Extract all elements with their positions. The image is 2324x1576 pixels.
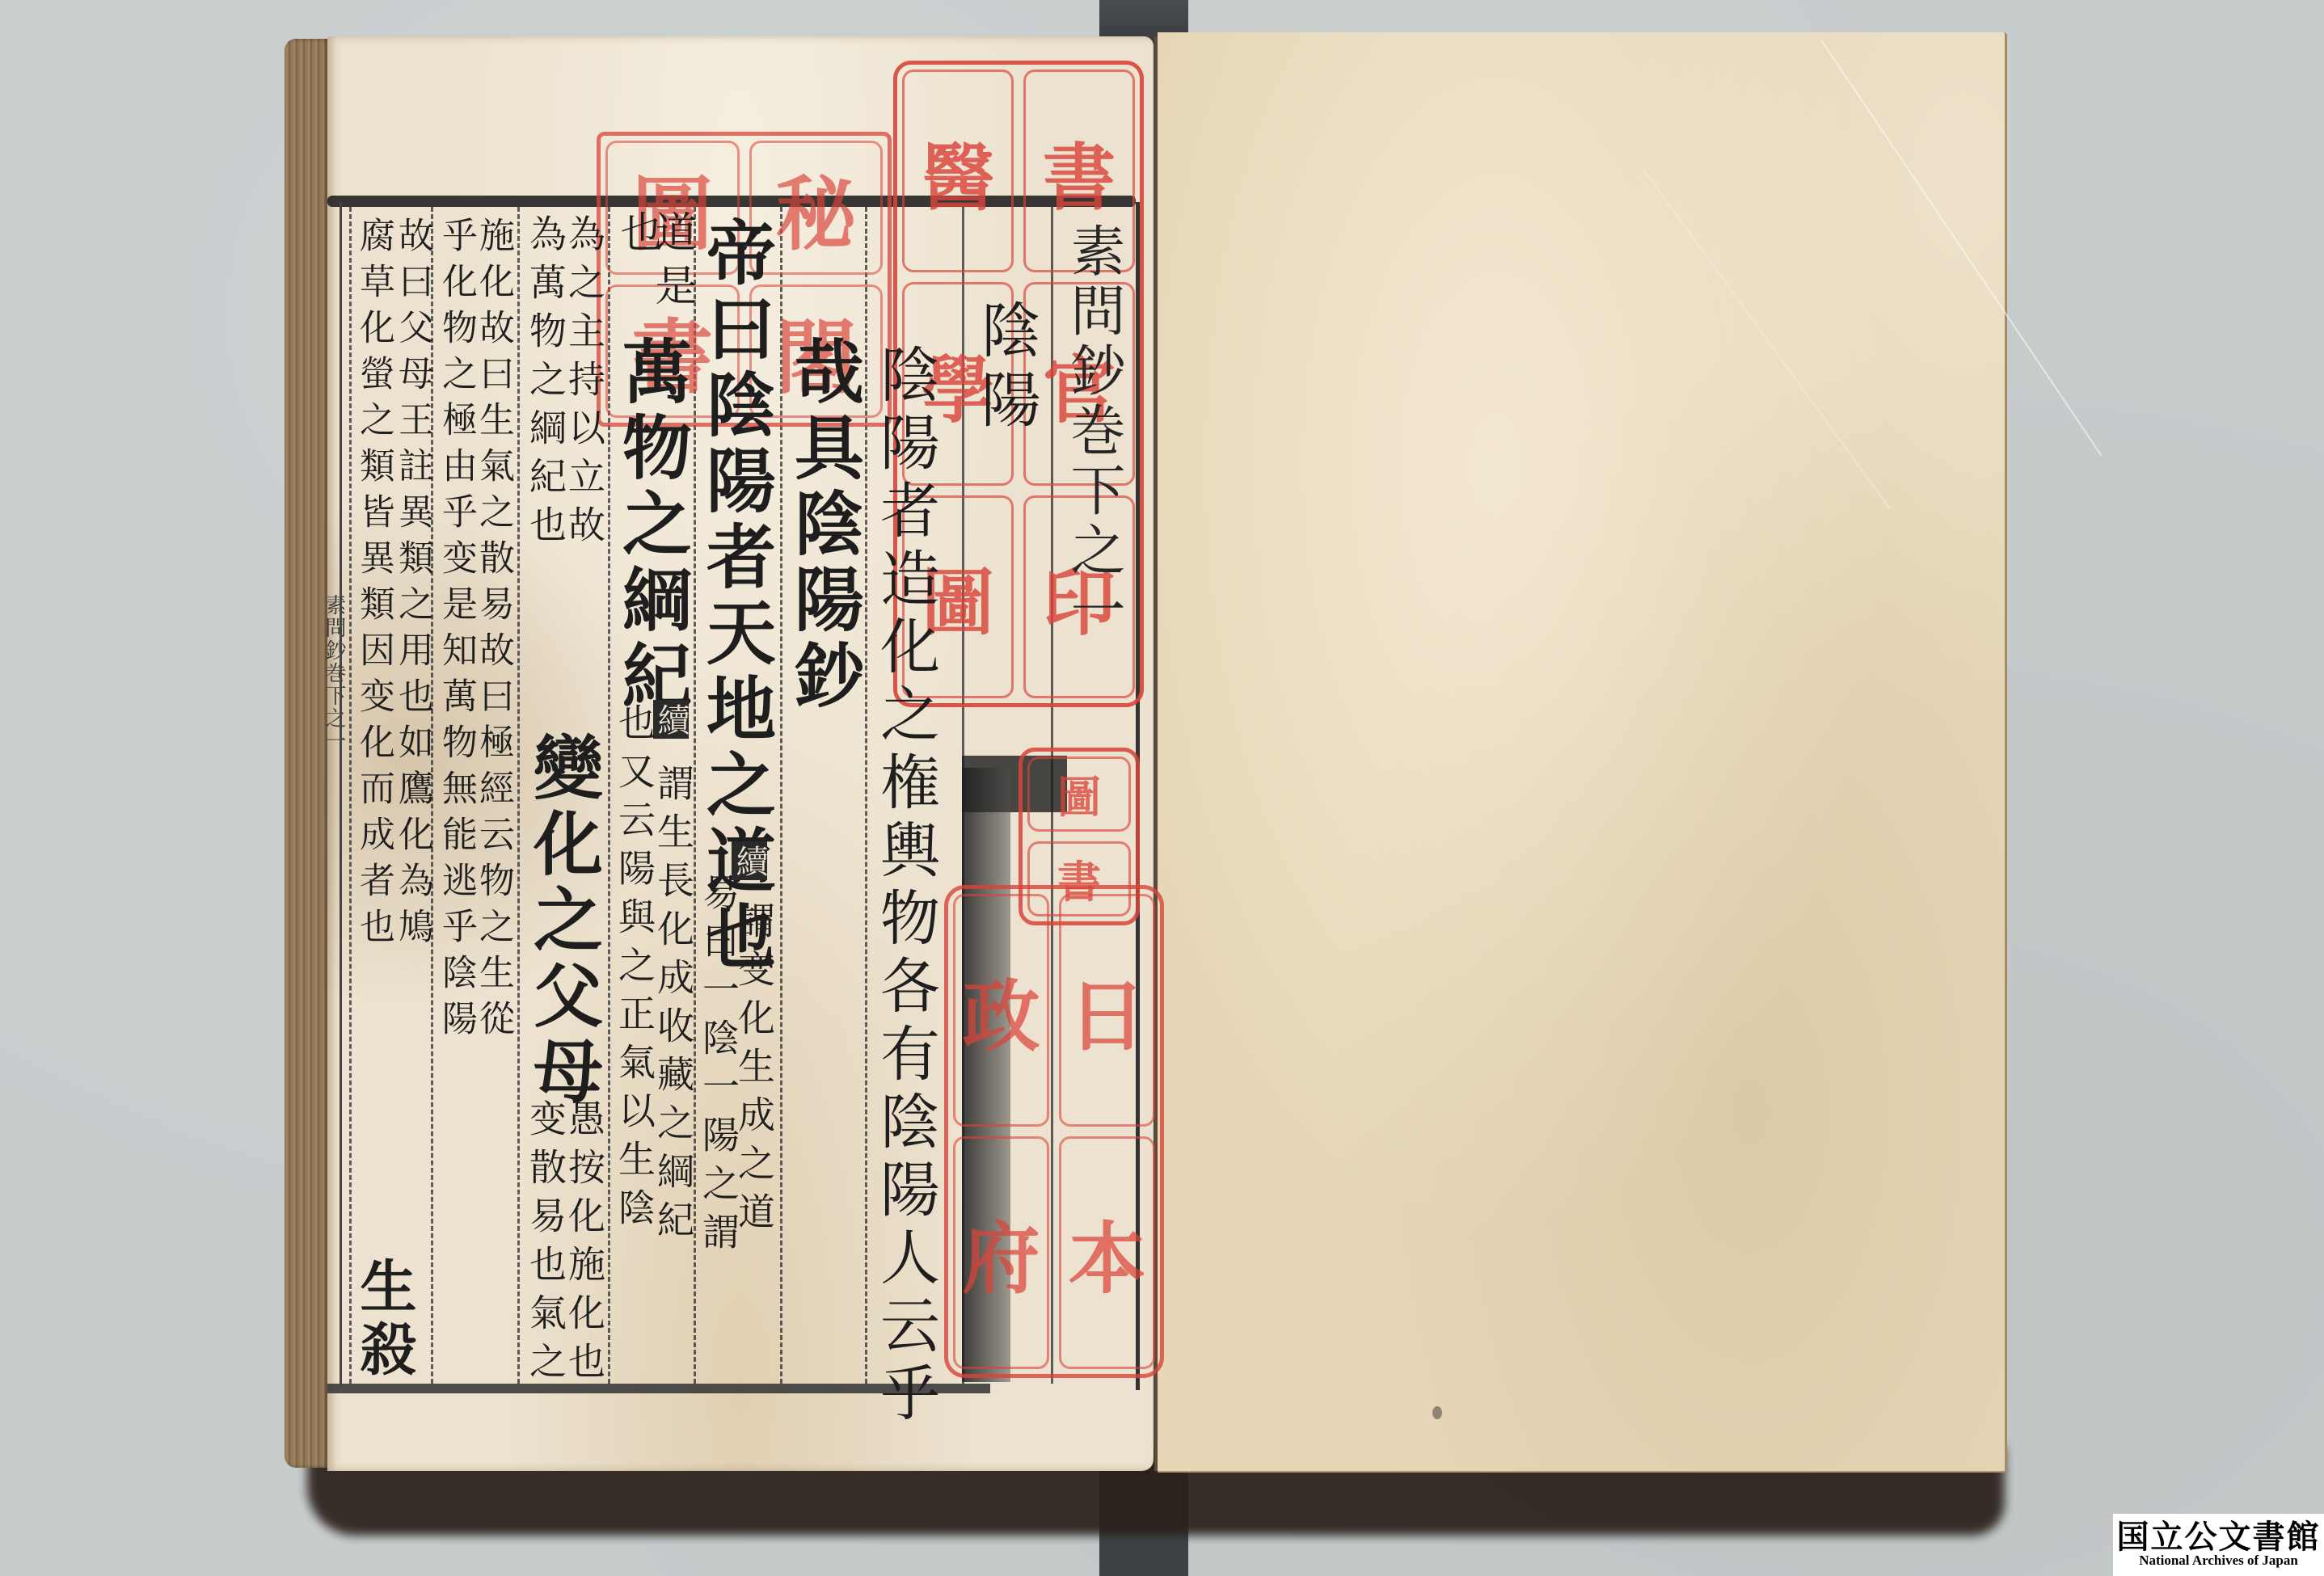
column-text: 陰陽者造化之権輿物各有陰陽人云乎 bbox=[875, 343, 935, 1430]
sub-column-text: 為之主持以立故 bbox=[566, 214, 603, 554]
sub-column-text: 变散易也氣之 bbox=[527, 1099, 564, 1390]
sub-column-text: 為萬物之綱紀也 bbox=[527, 214, 564, 554]
sub-column-text: 也又云陽與之正氣以生陰 bbox=[616, 703, 653, 1237]
sub-column-text: 謂生長化成收藏之綱紀 bbox=[655, 764, 692, 1249]
paper-crease bbox=[1643, 169, 1891, 510]
column-rule bbox=[517, 207, 520, 1384]
column-title: 素問鈔巻下之一 bbox=[1065, 222, 1120, 641]
column-text: 萬物之綱紀 bbox=[616, 335, 685, 715]
column-heading: 陰陽 bbox=[976, 299, 1036, 438]
seal-char: 政 bbox=[953, 894, 1049, 1127]
seal-large-bottom: 政 日 府 本 bbox=[944, 885, 1164, 1378]
archive-name-en: National Archives of Japan bbox=[2139, 1553, 2298, 1569]
paper-stain bbox=[1432, 1406, 1442, 1419]
column-text: 哉具陰陽鈔 bbox=[788, 335, 858, 715]
sub-column-text: 謂变化生成之道 bbox=[736, 901, 773, 1241]
column-text: 生殺 bbox=[356, 1257, 412, 1383]
seal-char: 本 bbox=[1059, 1136, 1155, 1369]
fore-edge-label: 素問鈔巻下之一 bbox=[319, 594, 349, 752]
seal-char: 府 bbox=[953, 1136, 1049, 1369]
continuation-marker-wrap: 續 bbox=[653, 695, 689, 744]
archive-name-jp: 国立公文書館 bbox=[2117, 1521, 2321, 1553]
sub-column-text: 也 bbox=[616, 210, 658, 263]
archive-watermark: 国立公文書館 National Archives of Japan bbox=[2113, 1514, 2324, 1576]
seal-char: 圖 bbox=[1027, 756, 1131, 832]
continuation-marker: 續 bbox=[653, 700, 689, 739]
sub-column-text: 施化故曰生氣之散易故曰極經云物之生從 bbox=[475, 217, 511, 1046]
column-rule bbox=[349, 207, 352, 1384]
sub-column-text: 易曰一陰一陽之謂 bbox=[700, 873, 737, 1261]
seal-char: 日 bbox=[1059, 894, 1155, 1127]
sub-column-text: 腐草化螢之類皆異類因变化而成者也 bbox=[356, 217, 391, 954]
right-page bbox=[1158, 32, 2007, 1473]
frame-left-border bbox=[340, 202, 342, 1386]
seal-char: 醫 bbox=[902, 70, 1014, 272]
fore-edge bbox=[285, 39, 329, 1468]
sub-column-text: 故曰父母王註異類之用也如鷹化為鳩 bbox=[394, 217, 430, 954]
column-text: 變化之父母 bbox=[527, 731, 597, 1111]
sub-column-text: 乎化物之極由乎变是知萬物無能逃乎陰陽 bbox=[438, 217, 474, 1046]
sub-column-text: 愚按化施化也 bbox=[566, 1099, 603, 1390]
